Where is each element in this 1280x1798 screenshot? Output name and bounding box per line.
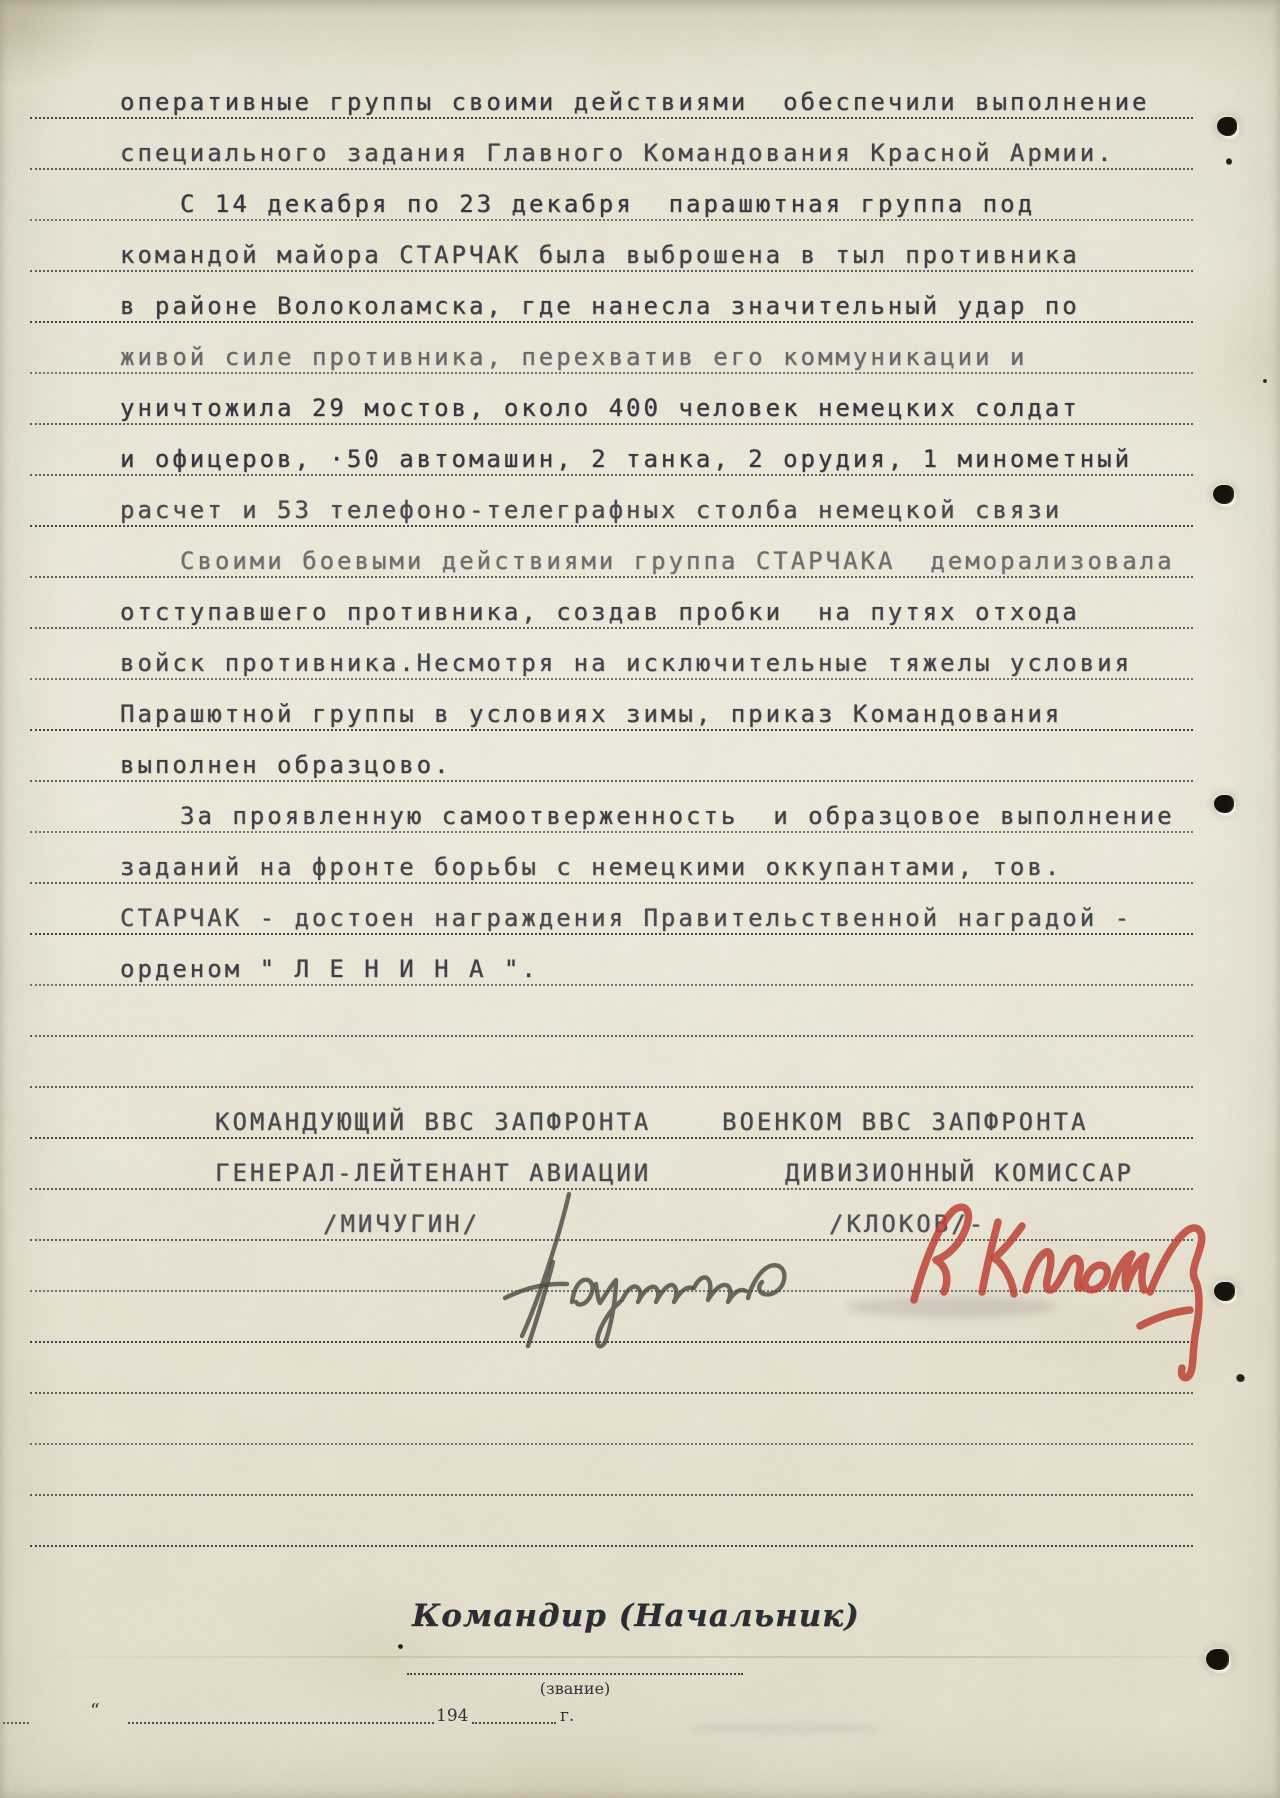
- open-quote-mark: “: [90, 1700, 100, 1722]
- typed-line: войск противника.Несмотря на исключитель…: [30, 629, 1193, 680]
- typed-text: орденом " Л Е Н И Н А ".: [120, 957, 539, 981]
- typed-line: оперативные группы своими действиями обе…: [30, 68, 1193, 119]
- officials-row: КОМАНДУЮЩИЙ ВВС ЗАПФРОНТАВОЕНКОМ ВВС ЗАП…: [30, 1088, 1193, 1139]
- typed-text: расчет и 53 телефоно-телеграфных столба …: [120, 498, 1062, 522]
- date-rule-b: [472, 1722, 556, 1724]
- typed-line: живой силе противника, перехватив его ко…: [30, 323, 1193, 374]
- typed-line: заданий на фронте борьбы с немецкими окк…: [30, 833, 1193, 884]
- typed-line: уничтожила 29 мостов, около 400 человек …: [30, 374, 1193, 425]
- empty-ruled-line: [30, 986, 1193, 1037]
- punch-hole: [1213, 485, 1234, 504]
- typed-text: Своими боевыми действиями группа СТАРЧАК…: [180, 549, 1175, 573]
- empty-ruled-line: [30, 1037, 1193, 1088]
- typed-text: и офицеров, ·50 автомашин, 2 танка, 2 ор…: [120, 447, 1132, 471]
- typed-line: специального задания Главного Командован…: [30, 119, 1193, 170]
- typed-text: в районе Волоколамска, где нанесла значи…: [120, 294, 1080, 318]
- typed-text: СТАРЧАК - достоен награждения Правительс…: [120, 906, 1132, 930]
- typed-text: С 14 декабря по 23 декабря парашютная гр…: [180, 192, 1035, 216]
- paper-speck: [1226, 158, 1232, 165]
- official-left-text: /МИЧУГИН/: [323, 1212, 480, 1236]
- empty-ruled-line: [30, 1394, 1193, 1445]
- typed-line: СТАРЧАК - достоен награждения Правительс…: [30, 884, 1193, 935]
- empty-ruled-line: [30, 1343, 1193, 1394]
- punch-hole: [1206, 1649, 1229, 1670]
- rank-rule-line: [407, 1673, 743, 1675]
- typed-line: в районе Волоколамска, где нанесла значи…: [30, 272, 1193, 323]
- date-rule-a: [128, 1722, 434, 1724]
- paper-crease: [0, 1656, 1280, 1658]
- ink-smudge: [846, 1296, 1056, 1318]
- rank-caption: (звание): [407, 1679, 743, 1698]
- typed-text: живой силе противника, перехватив его ко…: [120, 345, 1027, 369]
- paper-speck: [398, 1644, 403, 1649]
- paper-speck: [1263, 379, 1267, 383]
- year-fragment: 194: [436, 1706, 468, 1726]
- faint-smudge: [690, 1722, 880, 1734]
- typed-line: выполнен образцово.: [30, 731, 1193, 782]
- officials-row: /МИЧУГИН//КЛОКОВ/-: [30, 1190, 1193, 1241]
- commander-label: Командир (Начальник): [412, 1598, 860, 1634]
- typed-line: расчет и 53 телефоно-телеграфных столба …: [30, 476, 1193, 527]
- official-left-text: КОМАНДУЮЩИЙ ВВС ЗАПФРОНТА: [215, 1110, 651, 1134]
- officials-row: ГЕНЕРАЛ-ЛЕЙТЕНАНТ АВИАЦИИДИВИЗИОННЫЙ КОМ…: [30, 1139, 1193, 1190]
- typed-line: отступавшего противника, создав пробки н…: [30, 578, 1193, 629]
- typed-line: командой майора СТАРЧАК была выброшена в…: [30, 221, 1193, 272]
- official-right-text: /КЛОКОВ/-: [829, 1212, 986, 1236]
- typed-line: С 14 декабря по 23 декабря парашютная гр…: [30, 170, 1193, 221]
- empty-ruled-line: [30, 1241, 1193, 1292]
- paper-speck: [1236, 1374, 1245, 1382]
- typed-line: и офицеров, ·50 автомашин, 2 танка, 2 ор…: [30, 425, 1193, 476]
- typed-line: За проявленную самоотверженность и образ…: [30, 782, 1193, 833]
- typed-text: специального задания Главного Командован…: [120, 141, 1115, 165]
- punch-hole: [1214, 1282, 1235, 1301]
- typed-text: За проявленную самоотверженность и образ…: [180, 804, 1175, 828]
- year-suffix: г.: [560, 1706, 574, 1726]
- official-left-text: ГЕНЕРАЛ-ЛЕЙТЕНАНТ АВИАЦИИ: [215, 1161, 651, 1185]
- empty-ruled-line: [30, 1496, 1193, 1547]
- typed-text: командой майора СТАРЧАК была выброшена в…: [120, 243, 1080, 267]
- typed-text: Парашютной группы в условиях зимы, прика…: [120, 702, 1062, 726]
- typed-text: войск противника.Несмотря на исключитель…: [120, 651, 1132, 675]
- typed-line: Парашютной группы в условиях зимы, прика…: [30, 680, 1193, 731]
- typed-text: заданий на фронте борьбы с немецкими окк…: [120, 855, 1062, 879]
- typed-line: Своими боевыми действиями группа СТАРЧАК…: [30, 527, 1193, 578]
- typed-body: оперативные группы своими действиями обе…: [30, 68, 1193, 1547]
- typed-line: орденом " Л Е Н И Н А ".: [30, 935, 1193, 986]
- punch-hole: [1214, 795, 1234, 813]
- document-page: оперативные группы своими действиями обе…: [0, 0, 1280, 1798]
- typed-text: уничтожила 29 мостов, около 400 человек …: [120, 396, 1080, 420]
- official-right-text: ДИВИЗИОННЫЙ КОМИССАР: [785, 1161, 1134, 1185]
- typed-text: оперативные группы своими действиями обе…: [120, 90, 1150, 114]
- official-right-text: ВОЕНКОМ ВВС ЗАПФРОНТА: [722, 1110, 1088, 1134]
- empty-ruled-line: [30, 1445, 1193, 1496]
- date-rule-edge: [3, 1722, 29, 1724]
- typed-text: отступавшего противника, создав пробки н…: [120, 600, 1080, 624]
- punch-hole: [1217, 117, 1237, 136]
- typed-text: выполнен образцово.: [120, 753, 452, 777]
